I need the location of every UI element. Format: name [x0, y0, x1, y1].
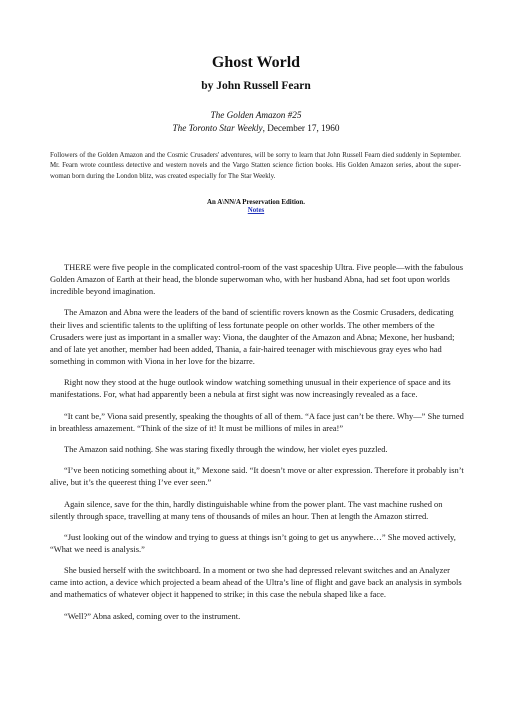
- story-body: THERE were five people in the complicate…: [50, 261, 464, 631]
- intro-note: Followers of the Golden Amazon and the C…: [50, 151, 461, 182]
- publication-line: The Toronto Star Weekly, December 17, 19…: [0, 122, 512, 135]
- story-paragraph: Again silence, save for the thin, hardly…: [50, 498, 464, 522]
- story-paragraph: “Just looking out of the window and tryi…: [50, 531, 464, 555]
- author-line: by John Russell Fearn: [0, 79, 512, 93]
- document-page: Ghost World by John Russell Fearn The Go…: [0, 0, 512, 726]
- source-info: The Golden Amazon #25 The Toronto Star W…: [0, 109, 512, 135]
- story-paragraph: She busied herself with the switchboard.…: [50, 564, 464, 600]
- notes-link[interactable]: Notes: [248, 207, 264, 214]
- story-paragraph: The Amazon said nothing. She was staring…: [50, 443, 464, 455]
- series-line: The Golden Amazon #25: [0, 109, 512, 122]
- story-paragraph: The Amazon and Abna were the leaders of …: [50, 306, 464, 366]
- publication-name: The Toronto Star Weekly: [173, 123, 263, 133]
- story-title: Ghost World: [0, 53, 512, 73]
- notes-link-container: Notes: [0, 206, 512, 215]
- story-paragraph: “It cant be,” Viona said presently, spea…: [50, 410, 464, 434]
- publication-date: , December 17, 1960: [263, 123, 340, 133]
- story-paragraph: “I’ve been noticing something about it,”…: [50, 464, 464, 488]
- story-paragraph: “Well?” Abna asked, coming over to the i…: [50, 610, 464, 622]
- story-paragraph: Right now they stood at the huge outlook…: [50, 376, 464, 400]
- story-paragraph: THERE were five people in the complicate…: [50, 261, 464, 297]
